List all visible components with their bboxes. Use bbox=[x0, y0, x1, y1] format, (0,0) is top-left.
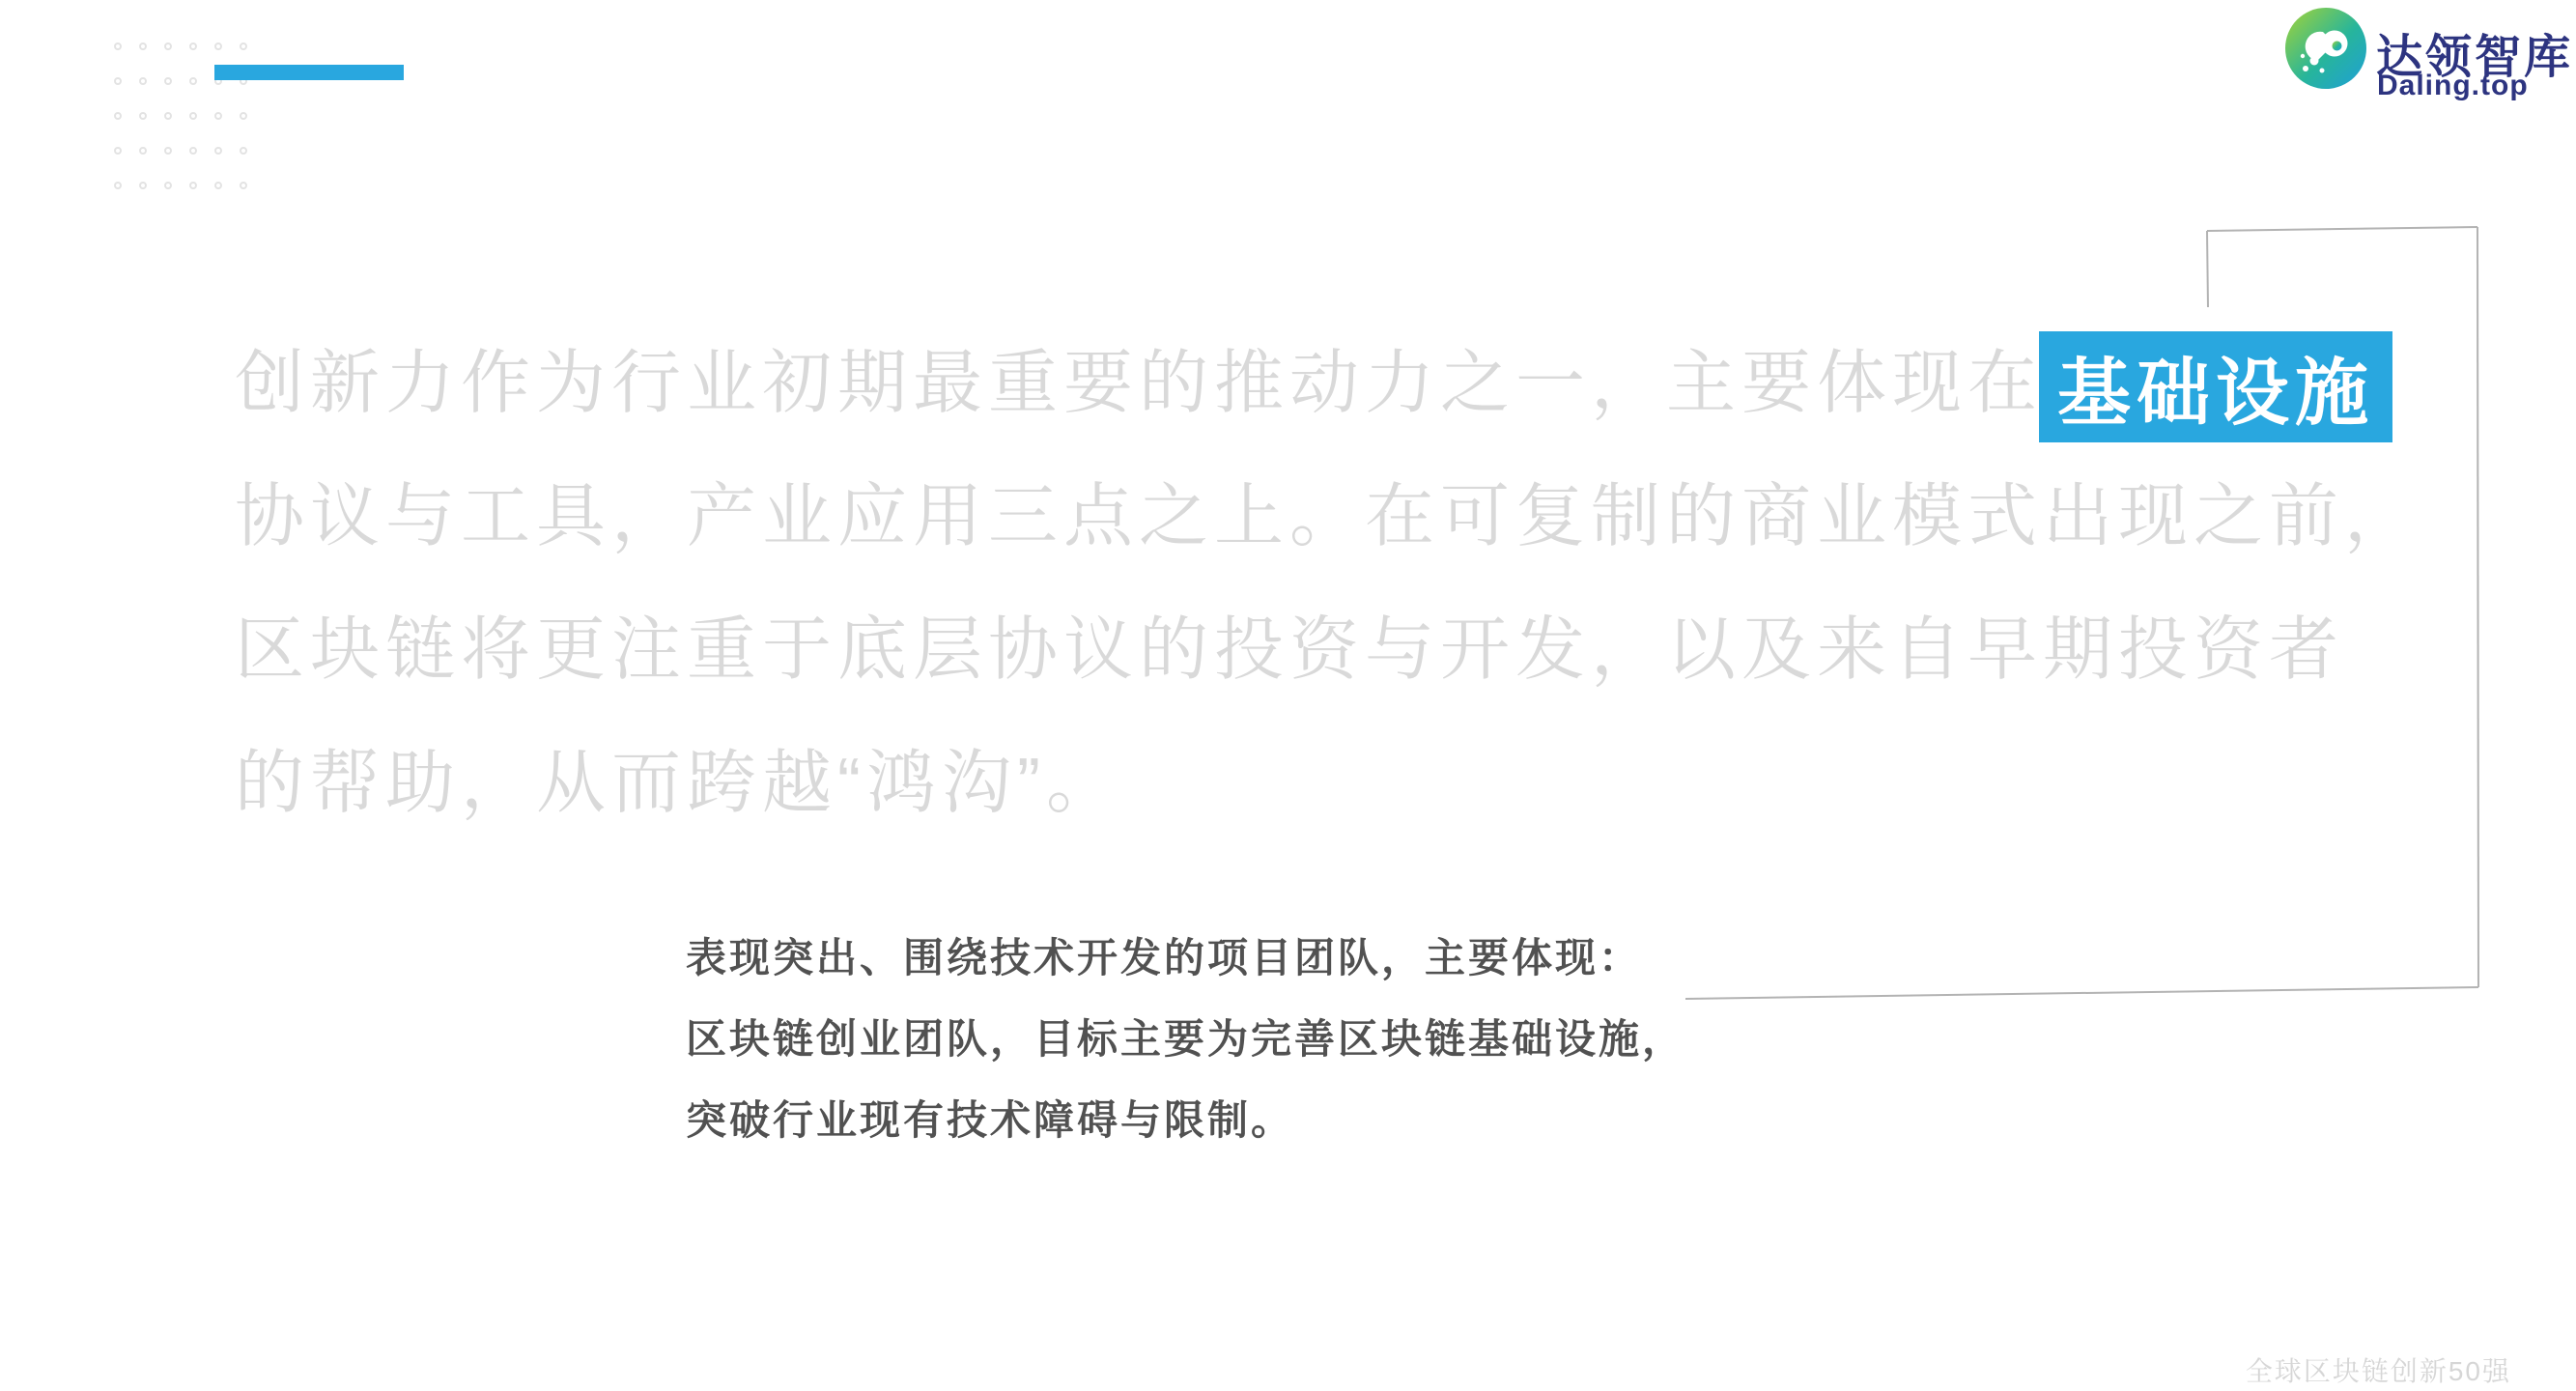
decoration-dot bbox=[240, 182, 247, 189]
decoration-dot bbox=[240, 43, 247, 50]
decoration-dot bbox=[214, 112, 222, 120]
decoration-dot bbox=[139, 112, 147, 120]
heading-line: 区块链将更注重于底层协议的投资与开发，以及来自早期投资者 bbox=[235, 583, 2456, 717]
logo-domain-text: Daling.top bbox=[2377, 70, 2529, 102]
accent-bar bbox=[214, 65, 404, 80]
decoration-dot bbox=[189, 112, 197, 120]
decoration-dot bbox=[114, 147, 122, 155]
decoration-dot bbox=[164, 77, 172, 85]
decoration-dot bbox=[139, 43, 147, 50]
decoration-dot bbox=[114, 182, 122, 189]
heading-line: 的帮助，从而跨越“鸿沟”。 bbox=[235, 717, 2456, 850]
heading-line: 协议与工具，产业应用三点之上。在可复制的商业模式出现之前， bbox=[235, 450, 2456, 583]
decoration-dot bbox=[214, 182, 222, 189]
body-paragraph: 表现突出、围绕技术开发的项目团队，主要体现： 区块链创业团队，目标主要为完善区块… bbox=[686, 918, 2038, 1161]
decoration-dot bbox=[164, 147, 172, 155]
decoration-dot bbox=[164, 112, 172, 120]
slide-canvas: 达领智库 Daling.top 创新力作为行业初期最重要的推动力之一，主要体现在… bbox=[0, 0, 2576, 1391]
decoration-dot bbox=[189, 182, 197, 189]
rocket-meteor-icon bbox=[2285, 8, 2366, 89]
body-line: 区块链创业团队，目标主要为完善区块链基础设施， bbox=[686, 999, 2038, 1080]
decoration-dot bbox=[139, 147, 147, 155]
infrastructure-tag: 基础设施 bbox=[2039, 331, 2392, 442]
decoration-dot bbox=[114, 112, 122, 120]
body-line: 表现突出、围绕技术开发的项目团队，主要体现： bbox=[686, 918, 2038, 999]
decoration-dot bbox=[114, 77, 122, 85]
decoration-dot bbox=[189, 43, 197, 50]
decoration-dot bbox=[214, 43, 222, 50]
decoration-dot bbox=[139, 77, 147, 85]
decoration-dot bbox=[114, 43, 122, 50]
logo: 达领智库 Daling.top bbox=[2285, 6, 2575, 112]
decoration-dot bbox=[214, 147, 222, 155]
decoration-dot bbox=[189, 77, 197, 85]
decoration-dot bbox=[240, 112, 247, 120]
decoration-dot bbox=[164, 182, 172, 189]
footer-watermark: 全球区块链创新50强 bbox=[2246, 1350, 2511, 1389]
decoration-dot bbox=[189, 147, 197, 155]
decoration-dot bbox=[240, 147, 247, 155]
decoration-dot bbox=[139, 182, 147, 189]
body-line: 突破行业现有技术障碍与限制。 bbox=[686, 1080, 2038, 1161]
decoration-dot bbox=[164, 43, 172, 50]
